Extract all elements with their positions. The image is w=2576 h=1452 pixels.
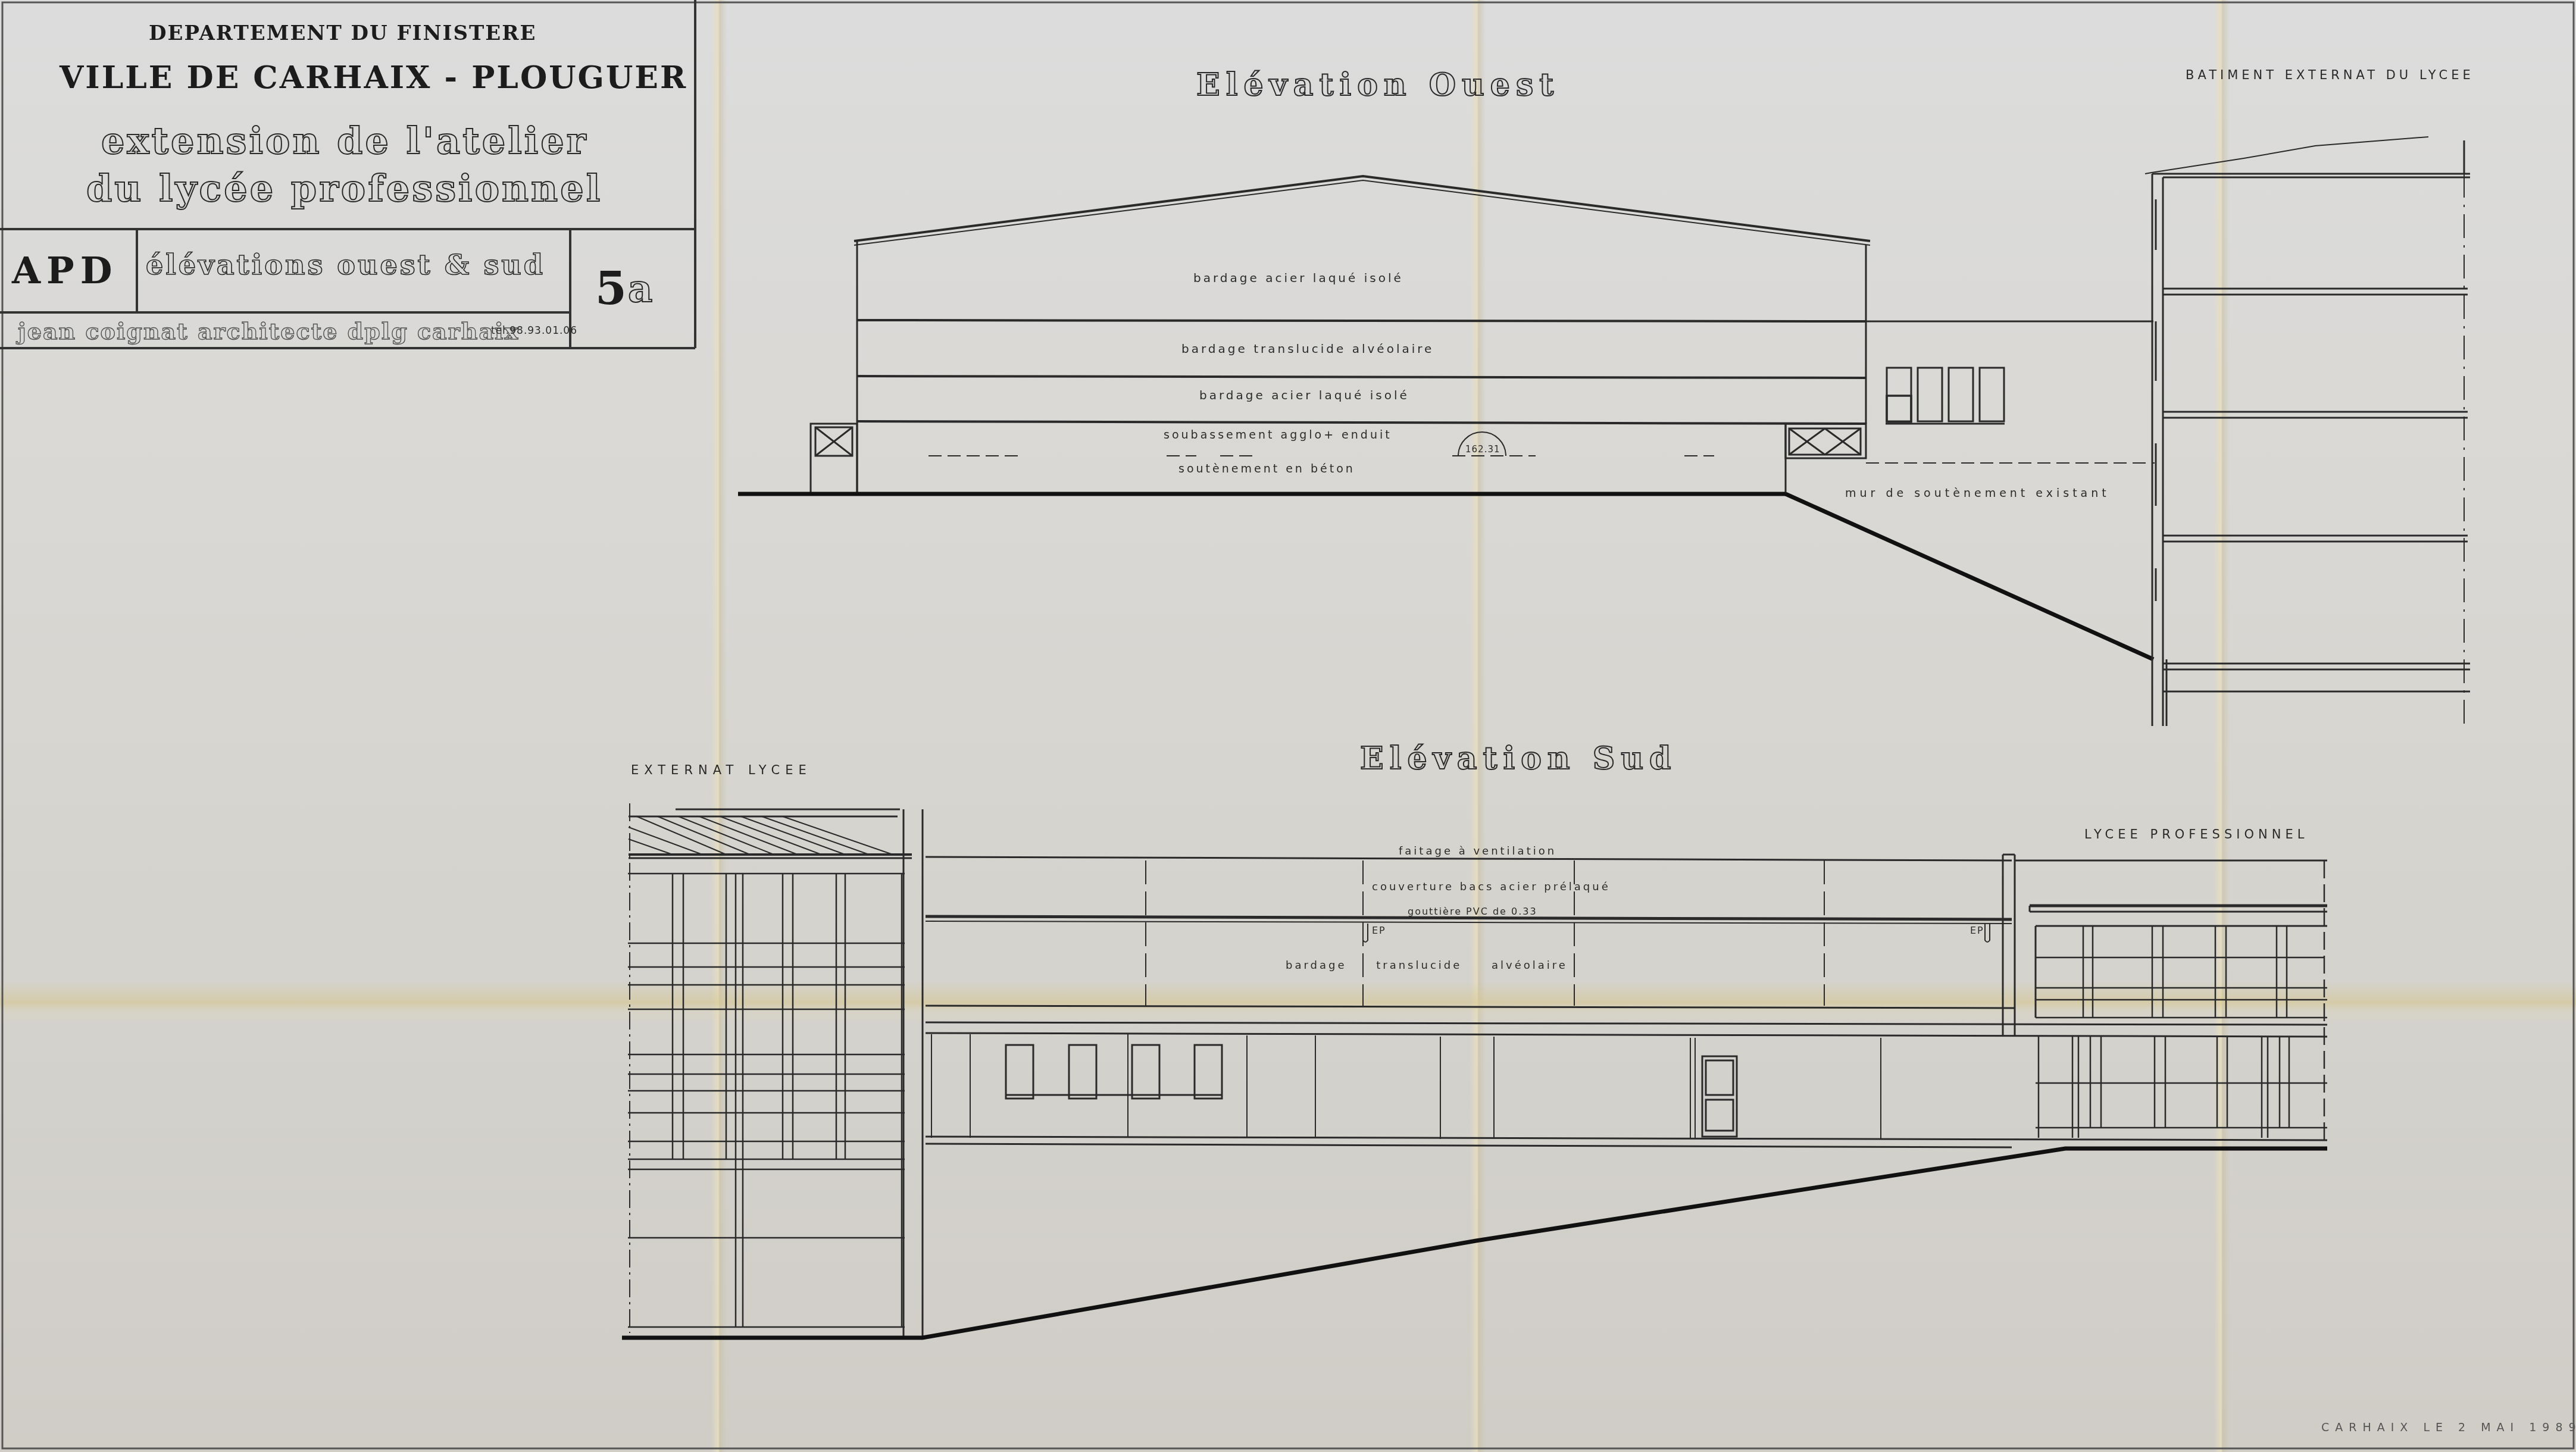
label-externat-lycee: EXTERNAT LYCEE bbox=[631, 763, 812, 777]
date-stamp: CARHAIX LE 2 MAI 1989 bbox=[2321, 1421, 2576, 1434]
project-title-line2: du lycée professionnel bbox=[86, 167, 602, 210]
label-upper-cladding: bardage acier laqué isolé bbox=[1193, 271, 1403, 285]
elevation-drawing bbox=[0, 0, 2576, 1452]
label-roofing: couverture bacs acier prélaqué bbox=[1372, 881, 1611, 893]
department-label: DEPARTEMENT DU FINISTERE bbox=[149, 21, 536, 45]
city-label: VILLE DE CARHAIX - PLOUGUER bbox=[60, 60, 687, 96]
south-elevation-title: Elévation Sud bbox=[1360, 740, 1677, 777]
workshop-windows bbox=[1006, 1045, 1222, 1099]
label-translucent-cladding: bardage translucide alvéolaire bbox=[1181, 342, 1434, 356]
project-title-line1: extension de l'atelier bbox=[101, 119, 588, 162]
label-ridge: faitage à ventilation bbox=[1399, 845, 1556, 858]
externat-window-grid bbox=[628, 874, 905, 1327]
label-level-mark: 162.31 bbox=[1465, 444, 1500, 455]
label-existing-wall: mur de soutènement existant bbox=[1845, 487, 2110, 500]
architect-label: jean coignat architecte dplg carhaix bbox=[18, 318, 519, 345]
label-retaining: soutènement en béton bbox=[1178, 462, 1355, 475]
drawing-sheet: DEPARTEMENT DU FINISTERE VILLE DE CARHAI… bbox=[0, 0, 2576, 1452]
south-ground-line bbox=[622, 1149, 2327, 1338]
sheet-border bbox=[2, 2, 2574, 1448]
phase-label: APD bbox=[12, 249, 118, 292]
south-elevation-lycee-pro bbox=[2015, 860, 2327, 1140]
sheet-title: élévations ouest & sud bbox=[146, 249, 545, 281]
workshop-door bbox=[1702, 1056, 1737, 1137]
label-plinth: soubassement agglo+ enduit bbox=[1164, 428, 1392, 442]
label-lycee-professionnel: LYCEE PROFESSIONNEL bbox=[2084, 827, 2308, 841]
label-lower-cladding: bardage acier laqué isolé bbox=[1199, 388, 1409, 402]
west-elevation-link-block bbox=[1866, 321, 2153, 424]
sheet-number: 5 bbox=[595, 262, 627, 315]
label-cladding: bardage translucide alvéolaire bbox=[1286, 959, 1568, 972]
label-adjacent-building: BATIMENT EXTERNAT DU LYCEE bbox=[2186, 68, 2474, 82]
label-gutter: gouttière PVC de 0.33 bbox=[1408, 906, 1537, 917]
sheet-suffix: a bbox=[628, 267, 652, 311]
west-elevation-section-building bbox=[2145, 137, 2470, 726]
label-downpipe-left: EP bbox=[1372, 925, 1386, 936]
south-elevation-externat bbox=[628, 803, 923, 1336]
label-downpipe-right: EP bbox=[1970, 925, 1984, 936]
west-elevation-title: Elévation Ouest bbox=[1196, 67, 1559, 103]
architect-phone: tel.98.93.01.06 bbox=[491, 325, 577, 337]
south-elevation-workshop bbox=[926, 855, 2327, 1147]
